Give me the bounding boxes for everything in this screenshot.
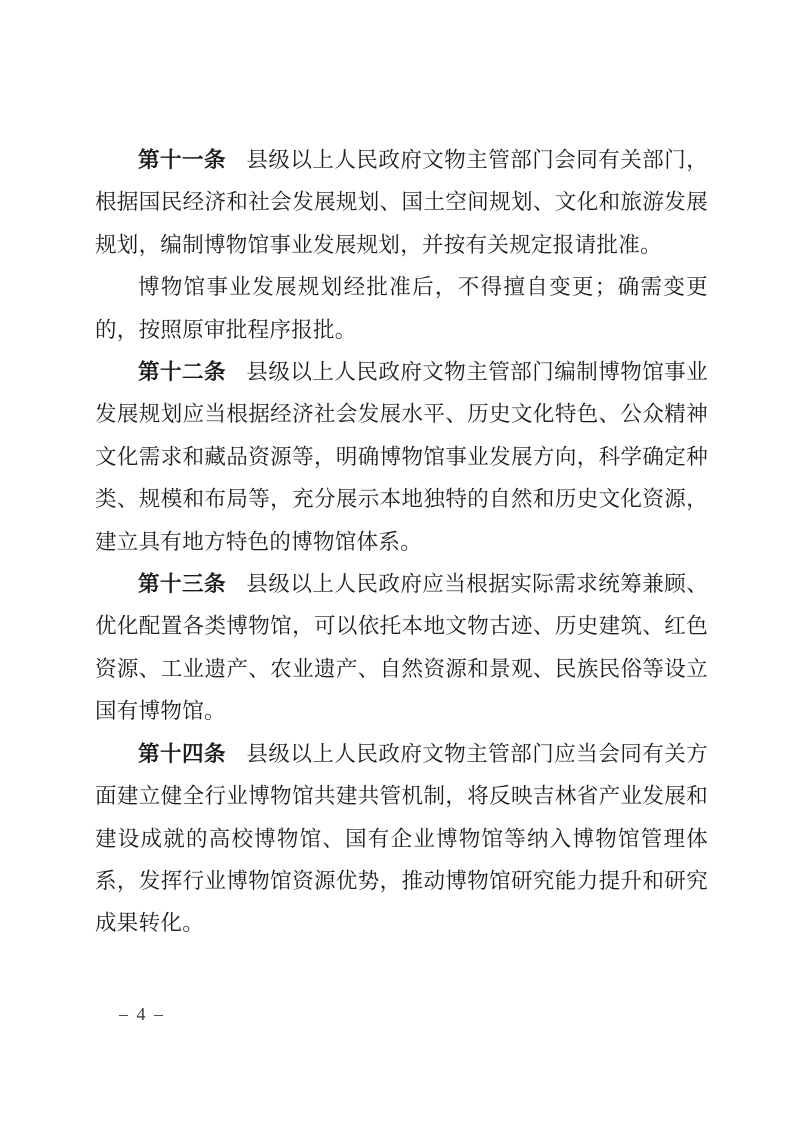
article-number: 第十一条 <box>138 148 226 172</box>
paragraph: 第十一条县级以上人民政府文物主管部门会同有关部门，根据国民经济和社会发展规划、国… <box>95 139 708 266</box>
document-body: 第十一条县级以上人民政府文物主管部门会同有关部门，根据国民经济和社会发展规划、国… <box>95 139 708 945</box>
article-number: 第十三条 <box>138 572 226 596</box>
article-number: 第十四条 <box>138 742 226 766</box>
paragraph: 第十四条县级以上人民政府文物主管部门应当会同有关方面建立健全行业博物馆共建共管机… <box>95 733 708 945</box>
paragraph-text: 县级以上人民政府文物主管部门编制博物馆事业发展规划应当根据经济社会发展水平、历史… <box>95 360 708 554</box>
paragraph: 第十三条县级以上人民政府应当根据实际需求统筹兼顾、优化配置各类博物馆，可以依托本… <box>95 563 708 733</box>
paragraph-text: 博物馆事业发展规划经批准后，不得擅自变更；确需变更的，按照原审批程序报批。 <box>95 275 708 341</box>
paragraph-text: 县级以上人民政府文物主管部门应当会同有关方面建立健全行业博物馆共建共管机制，将反… <box>95 742 708 936</box>
paragraph: 第十二条县级以上人民政府文物主管部门编制博物馆事业发展规划应当根据经济社会发展水… <box>95 351 708 563</box>
article-number: 第十二条 <box>138 360 226 384</box>
document-page: 第十一条县级以上人民政府文物主管部门会同有关部门，根据国民经济和社会发展规划、国… <box>0 0 793 1122</box>
page-number: – 4 – <box>119 999 165 1029</box>
paragraph: 博物馆事业发展规划经批准后，不得擅自变更；确需变更的，按照原审批程序报批。 <box>95 266 708 351</box>
